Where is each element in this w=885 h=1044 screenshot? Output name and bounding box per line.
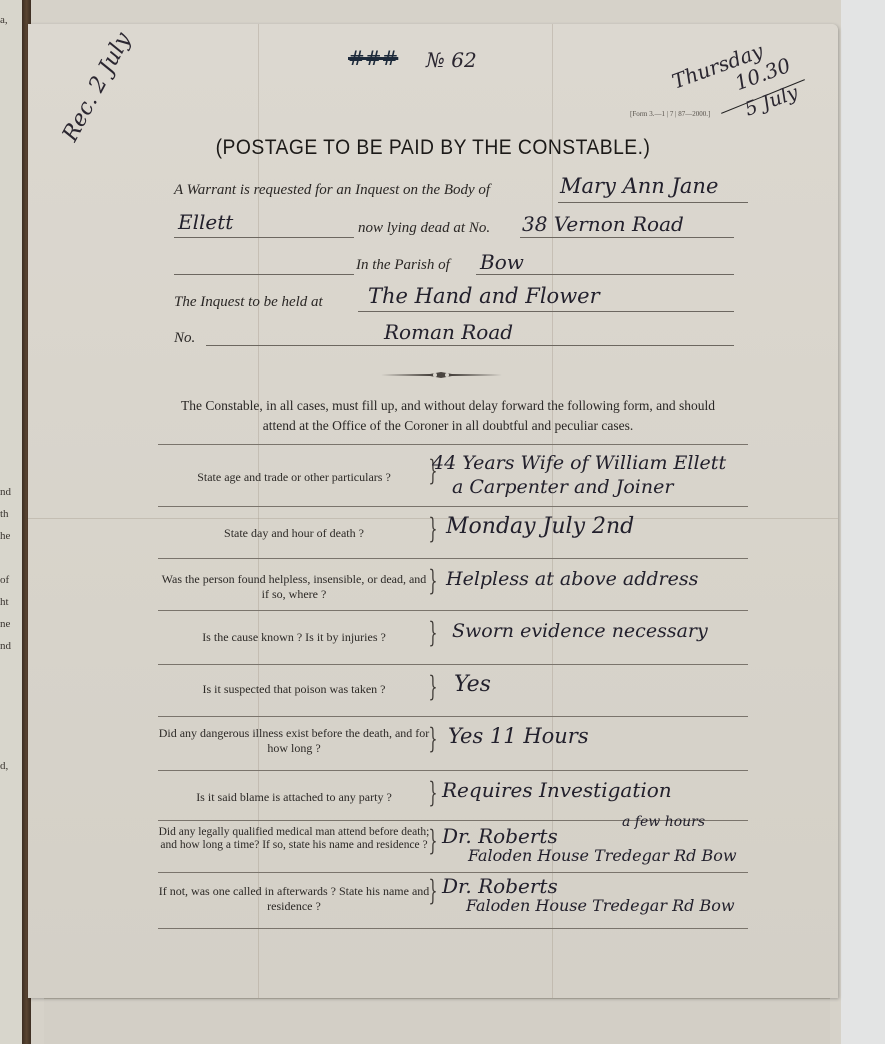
question-label: Did any legally qualified medical man at… xyxy=(158,826,430,852)
row-rule xyxy=(158,872,748,873)
warrant-label: A Warrant is requested for an Inquest on… xyxy=(174,182,490,199)
answer-value: a Carpenter and Joiner xyxy=(452,476,673,498)
brace-icon: } xyxy=(428,722,437,755)
field-rule xyxy=(174,274,354,275)
row-rule xyxy=(158,716,748,717)
adjacent-page-edge: a, nd th he of ht ne nd d, xyxy=(0,0,24,1044)
question-label: Is the cause known ? Is it by injuries ? xyxy=(158,630,430,645)
answer-value: Dr. Roberts xyxy=(442,874,558,898)
form-code: [Form 3.—1 | 7 | 87—2000.] xyxy=(630,110,710,118)
row-rule xyxy=(158,558,748,559)
adjacent-page-text: d, xyxy=(0,760,8,772)
answer-note: a few hours xyxy=(622,814,705,830)
answer-value: Sworn evidence necessary xyxy=(452,620,708,642)
address-value: 38 Vernon Road xyxy=(522,212,684,236)
row-rule xyxy=(158,770,748,771)
row-rule xyxy=(158,444,748,445)
instructions-text: The Constable, in all cases, must fill u… xyxy=(168,396,728,436)
adjacent-page-text: ht xyxy=(0,596,9,608)
form-title: (POSTAGE TO BE PAID BY THE CONSTABLE.) xyxy=(60,136,805,160)
field-rule xyxy=(476,274,734,275)
brace-icon: } xyxy=(428,874,437,907)
background-surface xyxy=(841,0,885,1044)
question-label: State age and trade or other particulars… xyxy=(158,470,430,485)
brace-icon: } xyxy=(428,776,437,809)
adjacent-page-text: nd xyxy=(0,486,11,498)
ornament-divider-icon xyxy=(380,372,502,378)
adjacent-page-text: ne xyxy=(0,618,10,630)
brace-icon: } xyxy=(428,512,437,545)
question-label: Did any dangerous illness exist before t… xyxy=(158,726,430,756)
adjacent-page-text: of xyxy=(0,574,9,586)
inquest-warrant-form: Rec. 2 July ### № 62 Thursday 10.30 5 Ju… xyxy=(28,24,838,998)
row-rule xyxy=(158,664,748,665)
brace-icon: } xyxy=(428,616,437,649)
question-label: Is it suspected that poison was taken ? xyxy=(158,682,430,697)
answer-value: Helpless at above address xyxy=(446,568,698,590)
question-label: Is it said blame is attached to any part… xyxy=(158,790,430,805)
inquest-venue: The Hand and Flower xyxy=(368,284,600,308)
lying-dead-label: now lying dead at No. xyxy=(358,220,490,237)
answer-value: Requires Investigation xyxy=(442,778,672,802)
row-rule xyxy=(158,610,748,611)
field-rule xyxy=(206,345,734,346)
venue-number-label: No. xyxy=(174,330,195,347)
answer-value: 44 Years Wife of William Ellett xyxy=(432,452,726,474)
deceased-name: Mary Ann Jane xyxy=(560,174,718,198)
row-rule xyxy=(158,928,748,929)
venue-address: Roman Road xyxy=(384,320,513,344)
brace-icon: } xyxy=(428,824,437,857)
answer-value: Dr. Roberts xyxy=(442,824,558,848)
adjacent-page-text: he xyxy=(0,530,10,542)
row-rule xyxy=(158,506,748,507)
answer-value: Monday July 2nd xyxy=(446,514,634,539)
answer-value: Yes xyxy=(454,672,491,697)
question-label: Was the person found helpless, insensibl… xyxy=(158,572,430,602)
inquest-label: The Inquest to be held at xyxy=(174,294,323,311)
question-label: State day and hour of death ? xyxy=(158,526,430,541)
brace-icon: } xyxy=(428,670,437,703)
answer-value: Yes 11 Hours xyxy=(448,724,589,748)
struck-reference: ### xyxy=(348,46,398,70)
received-note: Rec. 2 July xyxy=(58,29,136,146)
brace-icon: } xyxy=(428,564,437,597)
answer-value: Faloden House Tredegar Rd Bow xyxy=(468,846,737,865)
deceased-surname: Ellett xyxy=(178,210,233,234)
underlying-sheet xyxy=(44,998,830,1044)
parish-label: In the Parish of xyxy=(356,257,450,274)
adjacent-page-text: th xyxy=(0,508,9,520)
field-rule xyxy=(358,311,734,312)
field-rule xyxy=(520,237,734,238)
question-label: If not, was one called in afterwards ? S… xyxy=(158,884,430,914)
adjacent-page-text: a, xyxy=(0,14,8,26)
parish-value: Bow xyxy=(480,250,524,274)
field-rule xyxy=(558,202,748,203)
answer-value: Faloden House Tredegar Rd Bow xyxy=(466,896,735,915)
adjacent-page-text: nd xyxy=(0,640,11,652)
reference-number: № 62 xyxy=(426,48,477,72)
field-rule xyxy=(174,237,354,238)
